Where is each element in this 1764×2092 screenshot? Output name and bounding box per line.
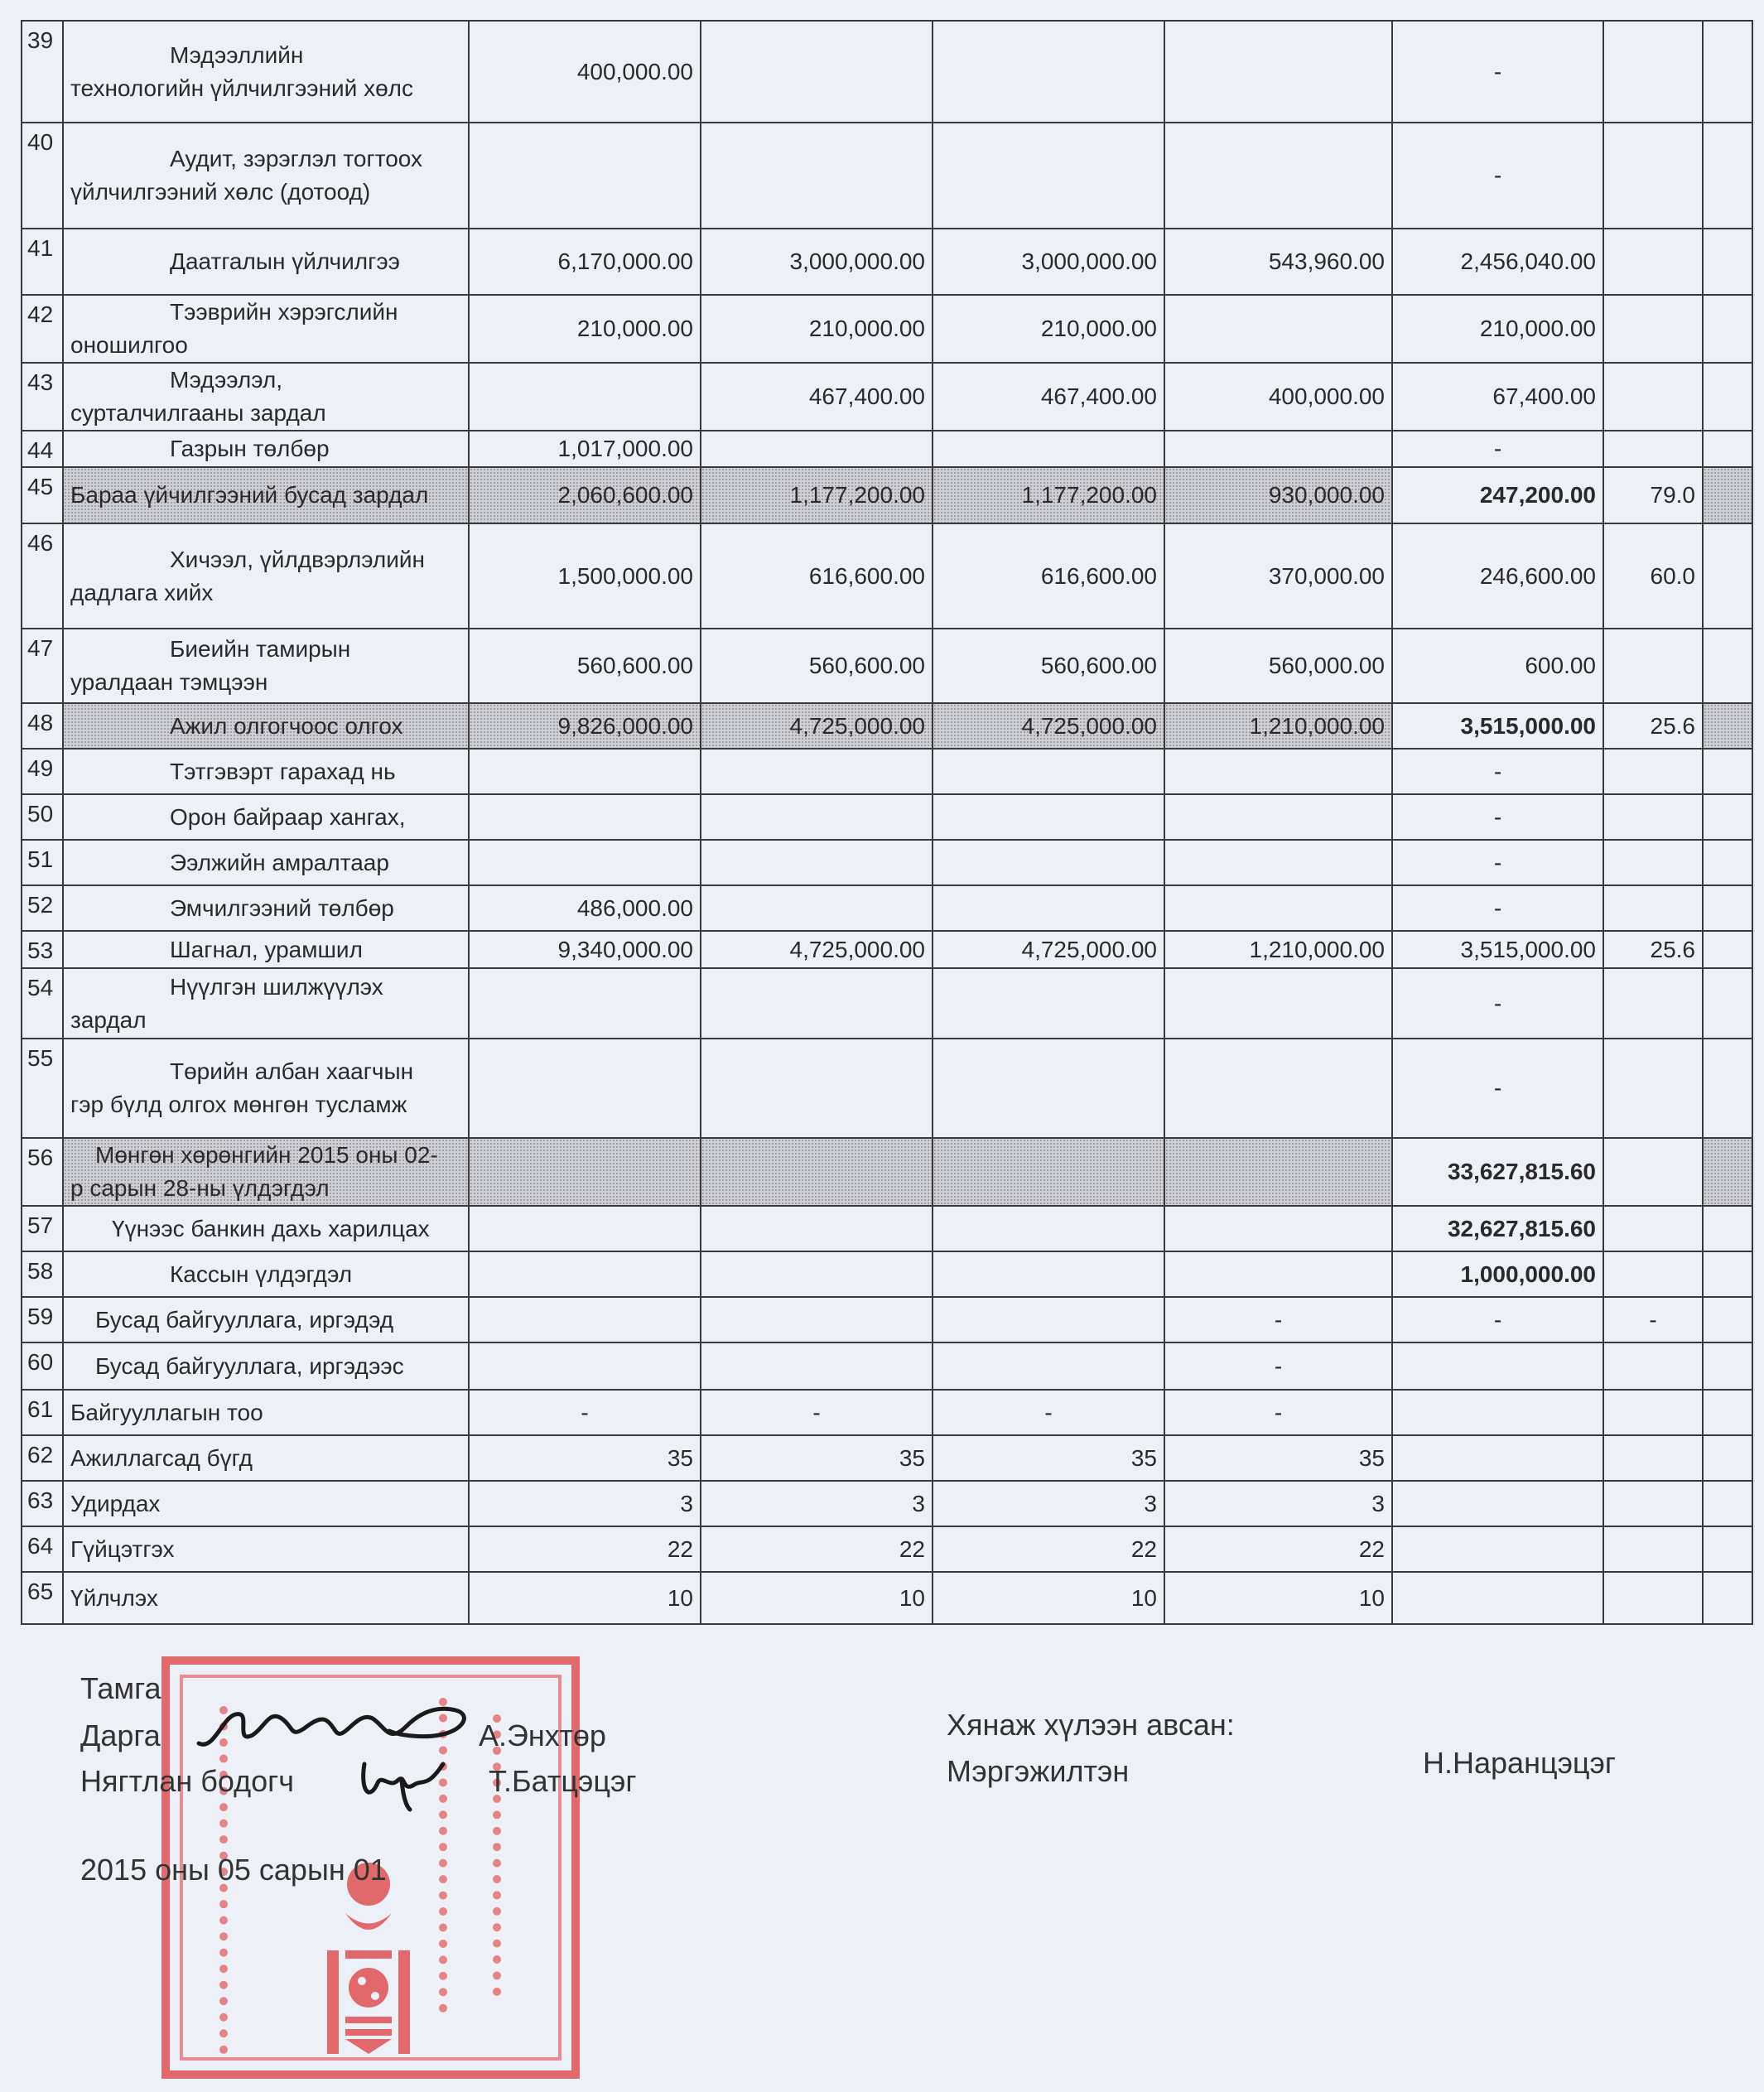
row-label-line: Мөнгөн хөрөнгийн 2015 оны 02- — [70, 1139, 461, 1172]
table-row: 65Үйлчлэх10101010 — [22, 1572, 1752, 1624]
row-label-line: Газрын төлбөр — [70, 432, 461, 465]
cell-c8 — [1603, 363, 1703, 431]
row-label-line: Ээлжийн амралтаар — [70, 846, 461, 880]
table-row: 62Ажиллагсад бүгд35353535 — [22, 1435, 1752, 1481]
cell-c9 — [1703, 123, 1752, 229]
cell-c3: 486,000.00 — [469, 885, 701, 931]
cell-c6: 35 — [1164, 1435, 1392, 1481]
cell-c6 — [1164, 968, 1392, 1039]
row-label: Бусад байгууллага, иргэдээс — [63, 1342, 469, 1390]
table-row: 53Шагнал, урамшил9,340,000.004,725,000.0… — [22, 931, 1752, 968]
cell-c5 — [933, 431, 1164, 467]
cell-c9 — [1703, 523, 1752, 629]
cell-c9 — [1703, 1342, 1752, 1390]
table-row: 60Бусад байгууллага, иргэдээс- — [22, 1342, 1752, 1390]
cell-c7: - — [1392, 840, 1603, 885]
reviewed-label: Хянаж хүлээн авсан: — [947, 1708, 1235, 1743]
cell-c3 — [469, 968, 701, 1039]
row-label: Тэтгэвэрт гарахад нь — [63, 749, 469, 794]
cell-c5: 10 — [933, 1572, 1164, 1624]
cell-c8 — [1603, 1435, 1703, 1481]
cell-c6: 560,000.00 — [1164, 629, 1392, 703]
row-number: 64 — [22, 1526, 63, 1572]
cell-c4: 4,725,000.00 — [701, 703, 933, 749]
row-label: Бараа үйчилгээний бусад зардал — [63, 467, 469, 523]
cell-c6 — [1164, 840, 1392, 885]
cell-c4: 3 — [701, 1481, 933, 1526]
cell-c4 — [701, 840, 933, 885]
row-number: 40 — [22, 123, 63, 229]
specialist-name: Н.Наранцэцэг — [1423, 1746, 1616, 1781]
director-name: А.Энхтөр — [479, 1718, 606, 1753]
row-number: 49 — [22, 749, 63, 794]
row-label-line: уралдаан тэмцээн — [70, 666, 461, 699]
cell-c7: - — [1392, 885, 1603, 931]
cell-c5: 3 — [933, 1481, 1164, 1526]
cell-c5: - — [933, 1390, 1164, 1435]
cell-c9 — [1703, 1572, 1752, 1624]
cell-c4 — [701, 1251, 933, 1297]
cell-c9 — [1703, 1206, 1752, 1251]
cell-c7: 3,515,000.00 — [1392, 703, 1603, 749]
cell-c4 — [701, 1039, 933, 1138]
row-number: 52 — [22, 885, 63, 931]
cell-c7: 32,627,815.60 — [1392, 1206, 1603, 1251]
cell-c5: 3,000,000.00 — [933, 229, 1164, 295]
row-label-line: Орон байраар хангах, — [70, 801, 461, 834]
cell-c7: 247,200.00 — [1392, 467, 1603, 523]
row-label: Шагнал, урамшил — [63, 931, 469, 968]
table-row: 40Аудит, зэрэглэл тогтоохүйлчилгээний хө… — [22, 123, 1752, 229]
cell-c7: - — [1392, 431, 1603, 467]
cell-c5 — [933, 840, 1164, 885]
row-label: Эмчилгээний төлбөр — [63, 885, 469, 931]
cell-c8 — [1603, 840, 1703, 885]
cell-c5: 22 — [933, 1526, 1164, 1572]
cell-c4: 467,400.00 — [701, 363, 933, 431]
cell-c9 — [1703, 1297, 1752, 1342]
table-row: 55Төрийн албан хаагчынгэр бүлд олгох мөн… — [22, 1039, 1752, 1138]
row-label: Мэдээллийнтехнологийн үйлчилгээний хөлс — [63, 21, 469, 123]
cell-c3: 6,170,000.00 — [469, 229, 701, 295]
row-label-line: Тэтгэвэрт гарахад нь — [70, 755, 461, 788]
row-label: Аудит, зэрэглэл тогтоохүйлчилгээний хөлс… — [63, 123, 469, 229]
cell-c5: 35 — [933, 1435, 1164, 1481]
row-number: 51 — [22, 840, 63, 885]
cell-c5 — [933, 1039, 1164, 1138]
row-number: 42 — [22, 295, 63, 363]
cell-c8: 25.6 — [1603, 703, 1703, 749]
cell-c3: 400,000.00 — [469, 21, 701, 123]
cell-c8 — [1603, 229, 1703, 295]
cell-c8 — [1603, 1138, 1703, 1206]
row-label-line: Мэдээллийн — [70, 39, 461, 72]
cell-c4 — [701, 794, 933, 840]
cell-c5 — [933, 749, 1164, 794]
stamp-label: Тамга — [80, 1671, 161, 1706]
row-label-line: Мэдээлэл, — [70, 364, 461, 397]
cell-c3: 1,500,000.00 — [469, 523, 701, 629]
cell-c3 — [469, 1039, 701, 1138]
table-row: 43Мэдээлэл,сурталчилгааны зардал467,400.… — [22, 363, 1752, 431]
cell-c6: - — [1164, 1297, 1392, 1342]
cell-c9 — [1703, 1039, 1752, 1138]
cell-c4: 1,177,200.00 — [701, 467, 933, 523]
cell-c8 — [1603, 1251, 1703, 1297]
cell-c6 — [1164, 749, 1392, 794]
cell-c4: 4,725,000.00 — [701, 931, 933, 968]
cell-c6: 930,000.00 — [1164, 467, 1392, 523]
row-number: 44 — [22, 431, 63, 467]
cell-c4 — [701, 21, 933, 123]
cell-c6 — [1164, 1039, 1392, 1138]
cell-c3: 560,600.00 — [469, 629, 701, 703]
cell-c4: 560,600.00 — [701, 629, 933, 703]
row-label: Даатгалын үйлчилгээ — [63, 229, 469, 295]
cell-c5 — [933, 1297, 1164, 1342]
row-label: Гүйцэтгэх — [63, 1526, 469, 1572]
table-row: 49Тэтгэвэрт гарахад нь- — [22, 749, 1752, 794]
cell-c8: 60.0 — [1603, 523, 1703, 629]
row-label-line: Гүйцэтгэх — [70, 1533, 461, 1566]
row-label: Орон байраар хангах, — [63, 794, 469, 840]
cell-c6: 1,210,000.00 — [1164, 703, 1392, 749]
row-label-line: Шагнал, урамшил — [70, 933, 461, 966]
cell-c6 — [1164, 885, 1392, 931]
cell-c6: 3 — [1164, 1481, 1392, 1526]
row-label-line: Удирдах — [70, 1487, 461, 1521]
cell-c7: - — [1392, 21, 1603, 123]
table-row: 64Гүйцэтгэх22222222 — [22, 1526, 1752, 1572]
cell-c7 — [1392, 1390, 1603, 1435]
row-number: 45 — [22, 467, 63, 523]
row-label-line: р сарын 28-ны үлдэгдэл — [70, 1172, 461, 1205]
cell-c8 — [1603, 1206, 1703, 1251]
cell-c4 — [701, 1138, 933, 1206]
table-row: 58Кассын үлдэгдэл1,000,000.00 — [22, 1251, 1752, 1297]
cell-c4: 210,000.00 — [701, 295, 933, 363]
cell-c6 — [1164, 21, 1392, 123]
row-label-line: Аудит, зэрэглэл тогтоох — [70, 142, 461, 176]
cell-c9 — [1703, 1138, 1752, 1206]
cell-c4 — [701, 1297, 933, 1342]
cell-c4: 35 — [701, 1435, 933, 1481]
cell-c5 — [933, 123, 1164, 229]
cell-c8 — [1603, 1526, 1703, 1572]
cell-c7 — [1392, 1435, 1603, 1481]
row-label: Мөнгөн хөрөнгийн 2015 оны 02-р сарын 28-… — [63, 1138, 469, 1206]
row-number: 50 — [22, 794, 63, 840]
row-label: Удирдах — [63, 1481, 469, 1526]
accountant-name: Т.Батцэцэг — [489, 1764, 636, 1799]
row-label-line: Үйлчлэх — [70, 1582, 461, 1615]
cell-c4 — [701, 968, 933, 1039]
cell-c8 — [1603, 431, 1703, 467]
director-title: Дарга — [80, 1718, 161, 1753]
row-number: 39 — [22, 21, 63, 123]
table-row: 63Удирдах3333 — [22, 1481, 1752, 1526]
cell-c7: - — [1392, 749, 1603, 794]
cell-c8 — [1603, 1390, 1703, 1435]
cell-c6 — [1164, 295, 1392, 363]
cell-c5 — [933, 1206, 1164, 1251]
row-label: Мэдээлэл,сурталчилгааны зардал — [63, 363, 469, 431]
row-label: Биеийн тамирынуралдаан тэмцээн — [63, 629, 469, 703]
cell-c7: - — [1392, 1039, 1603, 1138]
cell-c6: 22 — [1164, 1526, 1392, 1572]
row-label-line: дадлага хийх — [70, 576, 461, 610]
cell-c8 — [1603, 21, 1703, 123]
cell-c7 — [1392, 1526, 1603, 1572]
table-row: 61Байгууллагын тоо---- — [22, 1390, 1752, 1435]
row-number: 61 — [22, 1390, 63, 1435]
table-row: 44Газрын төлбөр1,017,000.00- — [22, 431, 1752, 467]
table-row: 42Тээврийн хэрэгслийноношилгоо210,000.00… — [22, 295, 1752, 363]
cell-c3 — [469, 363, 701, 431]
cell-c7: 2,456,040.00 — [1392, 229, 1603, 295]
table-row: 46Хичээл, үйлдвэрлэлийндадлага хийх1,500… — [22, 523, 1752, 629]
cell-c5 — [933, 968, 1164, 1039]
cell-c8: 79.0 — [1603, 467, 1703, 523]
cell-c4: 10 — [701, 1572, 933, 1624]
row-number: 57 — [22, 1206, 63, 1251]
cell-c3 — [469, 1297, 701, 1342]
cell-c3 — [469, 749, 701, 794]
cell-c4: 616,600.00 — [701, 523, 933, 629]
cell-c9 — [1703, 703, 1752, 749]
row-number: 55 — [22, 1039, 63, 1138]
table-row: 52Эмчилгээний төлбөр486,000.00- — [22, 885, 1752, 931]
cell-c5 — [933, 1342, 1164, 1390]
cell-c8: 25.6 — [1603, 931, 1703, 968]
table-row: 59Бусад байгууллага, иргэдэд--- — [22, 1297, 1752, 1342]
cell-c9 — [1703, 431, 1752, 467]
accountant-signature-icon — [352, 1747, 451, 1814]
cell-c7: 67,400.00 — [1392, 363, 1603, 431]
cell-c5 — [933, 21, 1164, 123]
row-label: Байгууллагын тоо — [63, 1390, 469, 1435]
row-label-line: Ажил олгогчоос олгох — [70, 710, 461, 743]
row-label: Бусад байгууллага, иргэдэд — [63, 1297, 469, 1342]
cell-c4 — [701, 431, 933, 467]
cell-c8 — [1603, 629, 1703, 703]
cell-c8 — [1603, 794, 1703, 840]
row-number: 56 — [22, 1138, 63, 1206]
cell-c7: 1,000,000.00 — [1392, 1251, 1603, 1297]
cell-c8 — [1603, 885, 1703, 931]
row-label-line: гэр бүлд олгох мөнгөн тусламж — [70, 1088, 461, 1121]
row-number: 48 — [22, 703, 63, 749]
budget-table: 39Мэдээллийнтехнологийн үйлчилгээний хөл… — [21, 20, 1753, 1625]
table-row: 45Бараа үйчилгээний бусад зардал2,060,60… — [22, 467, 1752, 523]
cell-c9 — [1703, 1390, 1752, 1435]
cell-c4 — [701, 749, 933, 794]
cell-c5: 616,600.00 — [933, 523, 1164, 629]
row-label-line: Төрийн албан хаагчын — [70, 1055, 461, 1088]
row-label-line: Бусад байгууллага, иргэдээс — [70, 1350, 461, 1383]
cell-c8: - — [1603, 1297, 1703, 1342]
cell-c3: 10 — [469, 1572, 701, 1624]
cell-c5 — [933, 1138, 1164, 1206]
cell-c5: 467,400.00 — [933, 363, 1164, 431]
cell-c8 — [1603, 968, 1703, 1039]
row-label: Үйлчлэх — [63, 1572, 469, 1624]
cell-c5: 1,177,200.00 — [933, 467, 1164, 523]
cell-c9 — [1703, 1526, 1752, 1572]
row-label-line: оношилгоо — [70, 329, 461, 362]
row-label: Ажил олгогчоос олгох — [63, 703, 469, 749]
cell-c8 — [1603, 749, 1703, 794]
cell-c9 — [1703, 295, 1752, 363]
cell-c5: 4,725,000.00 — [933, 931, 1164, 968]
cell-c4: 22 — [701, 1526, 933, 1572]
cell-c4 — [701, 885, 933, 931]
cell-c9 — [1703, 885, 1752, 931]
cell-c7: - — [1392, 123, 1603, 229]
row-label-line: Эмчилгээний төлбөр — [70, 892, 461, 925]
cell-c4: - — [701, 1390, 933, 1435]
cell-c6 — [1164, 431, 1392, 467]
cell-c3: 2,060,600.00 — [469, 467, 701, 523]
cell-c8 — [1603, 123, 1703, 229]
cell-c5: 4,725,000.00 — [933, 703, 1164, 749]
row-label: Нүүлгэн шилжүүлэхзардал — [63, 968, 469, 1039]
row-number: 47 — [22, 629, 63, 703]
cell-c7 — [1392, 1342, 1603, 1390]
cell-c9 — [1703, 840, 1752, 885]
row-label-line: Нүүлгэн шилжүүлэх — [70, 971, 461, 1004]
row-number: 53 — [22, 931, 63, 968]
row-label-line: Үүнээс банкин дахь харилцах — [70, 1212, 461, 1246]
table-row: 54Нүүлгэн шилжүүлэхзардал- — [22, 968, 1752, 1039]
cell-c3: - — [469, 1390, 701, 1435]
row-number: 65 — [22, 1572, 63, 1624]
cell-c5 — [933, 1251, 1164, 1297]
row-label: Хичээл, үйлдвэрлэлийндадлага хийх — [63, 523, 469, 629]
cell-c5: 210,000.00 — [933, 295, 1164, 363]
row-number: 41 — [22, 229, 63, 295]
cell-c5 — [933, 794, 1164, 840]
cell-c3 — [469, 1251, 701, 1297]
cell-c6: 400,000.00 — [1164, 363, 1392, 431]
row-number: 60 — [22, 1342, 63, 1390]
cell-c4 — [701, 1342, 933, 1390]
row-label-line: технологийн үйлчилгээний хөлс — [70, 72, 461, 105]
row-label-line: сурталчилгааны зардал — [70, 397, 461, 430]
row-label-line: Хичээл, үйлдвэрлэлийн — [70, 543, 461, 576]
cell-c3: 3 — [469, 1481, 701, 1526]
cell-c6: - — [1164, 1390, 1392, 1435]
cell-c9 — [1703, 1251, 1752, 1297]
report-date: 2015 оны 05 сарын 01 — [80, 1853, 387, 1887]
table-row: 39Мэдээллийнтехнологийн үйлчилгээний хөл… — [22, 21, 1752, 123]
cell-c7: 210,000.00 — [1392, 295, 1603, 363]
cell-c6 — [1164, 1251, 1392, 1297]
cell-c7: 246,600.00 — [1392, 523, 1603, 629]
cell-c3 — [469, 794, 701, 840]
cell-c7: 33,627,815.60 — [1392, 1138, 1603, 1206]
row-label-line: Биеийн тамирын — [70, 633, 461, 666]
table-row: 51Ээлжийн амралтаар- — [22, 840, 1752, 885]
row-label-line: Бараа үйчилгээний бусад зардал — [70, 479, 461, 512]
cell-c3 — [469, 1342, 701, 1390]
row-label: Ээлжийн амралтаар — [63, 840, 469, 885]
table-row: 48Ажил олгогчоос олгох9,826,000.004,725,… — [22, 703, 1752, 749]
cell-c3: 9,340,000.00 — [469, 931, 701, 968]
cell-c6: 370,000.00 — [1164, 523, 1392, 629]
row-label-line: үйлчилгээний хөлс (дотоод) — [70, 176, 461, 209]
row-label: Кассын үлдэгдэл — [63, 1251, 469, 1297]
cell-c8 — [1603, 1039, 1703, 1138]
cell-c3: 22 — [469, 1526, 701, 1572]
table-row: 41Даатгалын үйлчилгээ6,170,000.003,000,0… — [22, 229, 1752, 295]
cell-c6: 10 — [1164, 1572, 1392, 1624]
row-label: Газрын төлбөр — [63, 431, 469, 467]
cell-c9 — [1703, 749, 1752, 794]
cell-c9 — [1703, 629, 1752, 703]
row-label: Тээврийн хэрэгслийноношилгоо — [63, 295, 469, 363]
cell-c4 — [701, 1206, 933, 1251]
cell-c9 — [1703, 467, 1752, 523]
row-number: 54 — [22, 968, 63, 1039]
cell-c3 — [469, 1206, 701, 1251]
cell-c7: - — [1392, 794, 1603, 840]
cell-c7 — [1392, 1572, 1603, 1624]
row-number: 63 — [22, 1481, 63, 1526]
row-label: Төрийн албан хаагчынгэр бүлд олгох мөнгө… — [63, 1039, 469, 1138]
table-row: 57Үүнээс банкин дахь харилцах32,627,815.… — [22, 1206, 1752, 1251]
cell-c7: 600.00 — [1392, 629, 1603, 703]
cell-c7: - — [1392, 1297, 1603, 1342]
cell-c3 — [469, 1138, 701, 1206]
cell-c8 — [1603, 1342, 1703, 1390]
table-row: 56Мөнгөн хөрөнгийн 2015 оны 02-р сарын 2… — [22, 1138, 1752, 1206]
row-label-line: Даатгалын үйлчилгээ — [70, 245, 461, 278]
cell-c8 — [1603, 295, 1703, 363]
cell-c3: 1,017,000.00 — [469, 431, 701, 467]
cell-c8 — [1603, 1572, 1703, 1624]
cell-c3: 35 — [469, 1435, 701, 1481]
row-label: Үүнээс банкин дахь харилцах — [63, 1206, 469, 1251]
cell-c7 — [1392, 1481, 1603, 1526]
cell-c6: 1,210,000.00 — [1164, 931, 1392, 968]
cell-c6: - — [1164, 1342, 1392, 1390]
cell-c3 — [469, 840, 701, 885]
cell-c9 — [1703, 794, 1752, 840]
cell-c9 — [1703, 931, 1752, 968]
cell-c9 — [1703, 229, 1752, 295]
cell-c4 — [701, 123, 933, 229]
row-label-line: Байгууллагын тоо — [70, 1396, 461, 1429]
row-number: 62 — [22, 1435, 63, 1481]
row-label: Ажиллагсад бүгд — [63, 1435, 469, 1481]
specialist-title: Мэргэжилтэн — [947, 1754, 1129, 1789]
row-label-line: зардал — [70, 1004, 461, 1037]
row-label-line: Тээврийн хэрэгслийн — [70, 296, 461, 329]
row-number: 43 — [22, 363, 63, 431]
row-label-line: Кассын үлдэгдэл — [70, 1258, 461, 1291]
cell-c6: 543,960.00 — [1164, 229, 1392, 295]
accountant-title: Нягтлан бодогч — [80, 1764, 294, 1799]
cell-c7: - — [1392, 968, 1603, 1039]
cell-c6 — [1164, 794, 1392, 840]
row-label-line: Ажиллагсад бүгд — [70, 1442, 461, 1475]
cell-c6 — [1164, 1138, 1392, 1206]
row-number: 46 — [22, 523, 63, 629]
cell-c9 — [1703, 1435, 1752, 1481]
row-label-line: Бусад байгууллага, иргэдэд — [70, 1304, 461, 1337]
cell-c9 — [1703, 363, 1752, 431]
